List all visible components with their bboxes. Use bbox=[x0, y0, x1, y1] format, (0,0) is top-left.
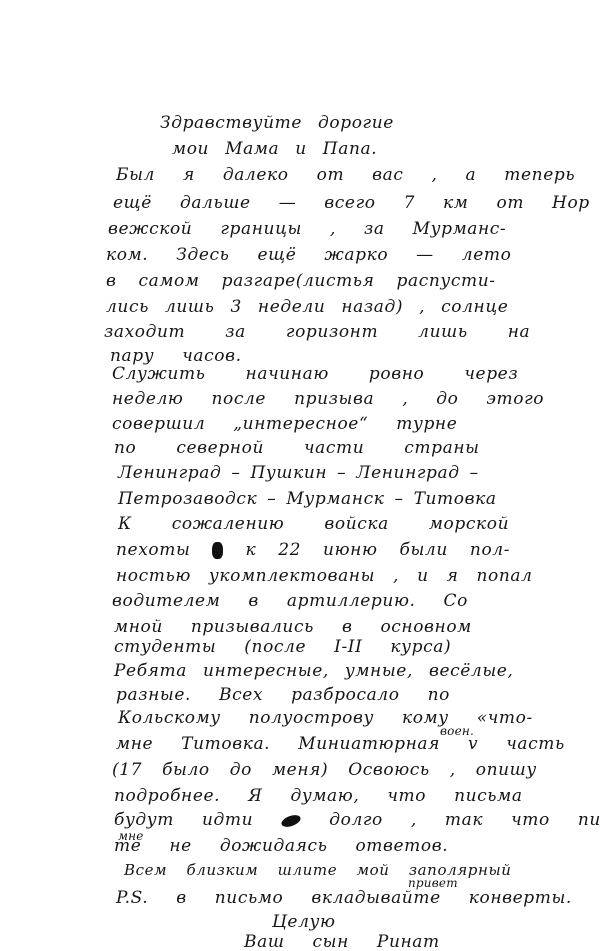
body-line: заходит за горизонт лишь на bbox=[104, 322, 530, 342]
body-line: ещё дальше — всего 7 км от Нор bbox=[113, 193, 590, 213]
letter-page: Здравствуйте дорогие мои Мама и Папа. Бы… bbox=[0, 0, 600, 951]
body-line: К сожалению войска морской bbox=[118, 514, 509, 534]
body-text: пехоты bbox=[116, 540, 190, 560]
body-line: по северной части страны bbox=[114, 438, 480, 458]
body-line: вежской границы , за Мурманс- bbox=[108, 219, 506, 239]
body-line: мной призывались в основном bbox=[114, 617, 472, 637]
body-line: ностью укомплектованы , и я попал bbox=[116, 566, 533, 586]
route-line: Ленинград – Пушкин – Ленинград – bbox=[118, 463, 479, 483]
ink-blot bbox=[212, 542, 223, 559]
body-text: долго , так что пиши- bbox=[329, 810, 600, 830]
body-line: водителем в артиллерию. Со bbox=[112, 591, 468, 611]
body-line: те не дожидаясь ответов. bbox=[114, 836, 448, 856]
body-line: мне Титовка. Миниатюрная v часть bbox=[116, 734, 565, 754]
body-line: студенты (после I-II курса) bbox=[114, 637, 451, 657]
body-line: пару часов. bbox=[110, 346, 242, 366]
body-line: лись лишь 3 недели назад) , солнце bbox=[106, 297, 508, 317]
body-line: пехоты к 22 июню были пол- bbox=[116, 540, 510, 560]
route-line: Петрозаводск – Мурманск – Титовка bbox=[118, 489, 497, 509]
body-line: Служить начинаю ровно через bbox=[112, 364, 518, 384]
body-line: Был я далеко от вас , а теперь bbox=[116, 165, 575, 185]
body-line: совершил „интересное“ турне bbox=[112, 414, 457, 434]
greeting-line-1: Здравствуйте дорогие bbox=[160, 113, 394, 133]
greeting-line-2: мои Мама и Папа. bbox=[172, 139, 377, 159]
body-line: будут идти долго , так что пиши- bbox=[114, 810, 600, 830]
body-text: будут идти bbox=[114, 810, 253, 830]
body-line: подробнее. Я думаю, что письма bbox=[114, 786, 523, 806]
body-line: Ребята интересные, умные, весёлые, bbox=[114, 661, 513, 681]
body-line: в самом разгаре(листья распусти- bbox=[106, 271, 496, 291]
ink-blot bbox=[280, 812, 302, 828]
body-line: неделю после призыва , до этого bbox=[112, 389, 544, 409]
body-line: (17 было до меня) Освоюсь , опишу bbox=[112, 760, 537, 780]
body-line: разные. Всех разбросало по bbox=[116, 685, 450, 705]
closing-kisses: Целую bbox=[272, 912, 336, 932]
body-line: ком. Здесь ещё жарко — лето bbox=[106, 245, 511, 265]
postscript-line: P.S. в письмо вкладывайте конверты. bbox=[116, 888, 572, 908]
signature: Ваш сын Ринат bbox=[244, 932, 440, 951]
body-text: к 22 июню были пол- bbox=[245, 540, 510, 560]
